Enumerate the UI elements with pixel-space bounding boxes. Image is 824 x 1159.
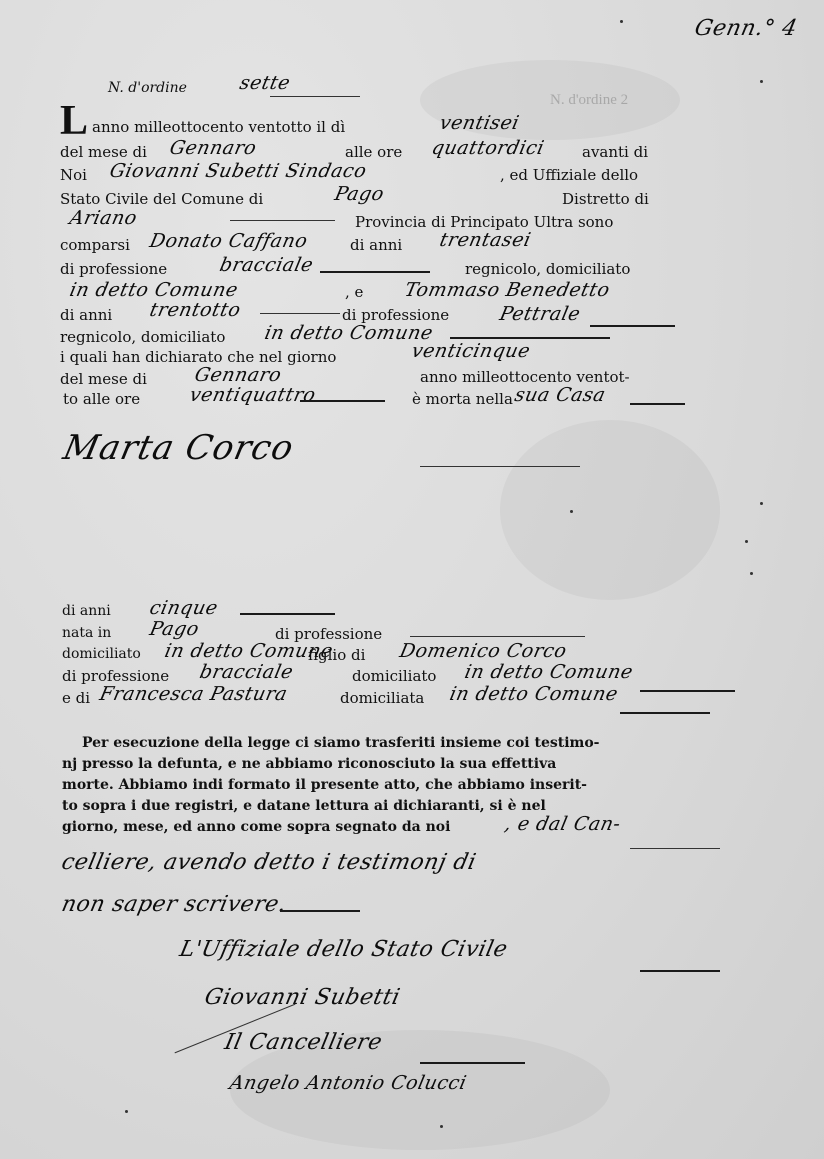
printed-text: comparsi bbox=[60, 236, 130, 254]
handwritten-domicile-1: in detto Comune bbox=[68, 279, 240, 301]
deceased-name: Marta Corco bbox=[60, 428, 298, 468]
fill-line bbox=[420, 466, 580, 467]
born-value: Pago bbox=[148, 618, 202, 640]
speck bbox=[750, 572, 753, 575]
fill-line bbox=[630, 403, 685, 405]
domicile-label: domiciliato bbox=[62, 646, 141, 662]
printed-text: alle ore bbox=[345, 143, 402, 161]
order-underline bbox=[270, 96, 360, 97]
handwritten-declarant-1: Donato Caffano bbox=[148, 230, 310, 252]
age-label: di anni bbox=[62, 603, 111, 619]
handwritten-death-place: sua Casa bbox=[513, 384, 608, 406]
printed-text: Distretto di bbox=[562, 190, 649, 208]
printed-text: è morta nella bbox=[412, 390, 513, 408]
document-page: Genn.° 4 N. d'ordine sette N. d'ordine 2… bbox=[0, 0, 824, 1159]
printed-text: Noi bbox=[60, 166, 87, 184]
fill-line bbox=[590, 325, 675, 327]
mother-name: Francesca Pastura bbox=[98, 683, 290, 705]
speck bbox=[620, 20, 623, 23]
fill-line bbox=[630, 848, 720, 849]
closing-line: nj presso la defunta, e ne abbiamo ricon… bbox=[62, 756, 556, 772]
fill-line bbox=[410, 636, 585, 637]
order-value: sette bbox=[238, 72, 293, 94]
father-name: Domenico Corco bbox=[398, 640, 569, 662]
handwritten-age-2: trentotto bbox=[148, 299, 243, 321]
printed-text: di anni bbox=[350, 236, 402, 254]
printed-text: to alle ore bbox=[63, 390, 140, 408]
printed-text: di professione bbox=[60, 260, 167, 278]
fill-line bbox=[230, 220, 335, 221]
stain bbox=[500, 420, 720, 600]
handwritten-day: ventisei bbox=[438, 112, 522, 134]
handwritten-profession-2: Pettrale bbox=[498, 303, 583, 325]
speck bbox=[760, 80, 763, 83]
fill-line bbox=[420, 1062, 525, 1064]
fill-line bbox=[640, 690, 735, 692]
fill-line bbox=[240, 613, 335, 615]
closing-line: morte. Abbiamo indi formato il presente … bbox=[62, 777, 587, 793]
signature-chancellor-name: Angelo Antonio Colucci bbox=[228, 1072, 469, 1094]
printed-text: regnicolo, domiciliato bbox=[60, 328, 225, 346]
signature-chancellor-title: Il Cancelliere bbox=[222, 1030, 384, 1055]
printed-text: del mese di bbox=[60, 143, 147, 161]
closing-line: giorno, mese, ed anno come sopra segnato… bbox=[62, 819, 450, 835]
fill-line bbox=[320, 271, 430, 273]
bleed-through-text: N. d'ordine 2 bbox=[550, 92, 628, 109]
handwritten-death-month: Gennaro bbox=[193, 364, 284, 386]
handwritten-district: Ariano bbox=[68, 207, 140, 229]
corner-date-note: Genn.° 4 bbox=[692, 16, 799, 41]
printed-text: , ed Uffiziale dello bbox=[500, 166, 638, 184]
handwritten-declarant-2: Tommaso Benedetto bbox=[403, 279, 612, 301]
age-value: cinque bbox=[148, 597, 220, 619]
printed-text: del mese di bbox=[60, 370, 147, 388]
speck bbox=[570, 510, 573, 513]
printed-text: anno milleottocento ventotto il dì bbox=[92, 118, 345, 136]
closing-hand-1: , e dal Can- bbox=[503, 813, 623, 835]
handwritten-death-hour: ventiquattro bbox=[188, 384, 318, 406]
handwritten-hour: quattordici bbox=[430, 137, 547, 159]
printed-text: regnicolo, domiciliato bbox=[465, 260, 630, 278]
fill-line bbox=[280, 910, 360, 912]
signature-officer-name: Giovanni Subetti bbox=[202, 985, 402, 1010]
father-profession: bracciale bbox=[198, 661, 296, 683]
printed-text: Stato Civile del Comune di bbox=[60, 190, 263, 208]
mother-domicile: in detto Comune bbox=[448, 683, 620, 705]
closing-hand-3: non saper scrivere. bbox=[59, 892, 289, 917]
signature-officer-title: L'Uffiziale dello Stato Civile bbox=[177, 937, 510, 962]
speck bbox=[125, 1110, 128, 1113]
speck bbox=[745, 540, 748, 543]
mother-prefix: e di bbox=[62, 689, 90, 707]
handwritten-age-1: trentasei bbox=[438, 229, 533, 251]
fill-line bbox=[260, 313, 340, 314]
handwritten-comune: Pago bbox=[333, 183, 387, 205]
printed-text: avanti di bbox=[582, 143, 648, 161]
closing-line: Per esecuzione della legge ci siamo tras… bbox=[82, 735, 600, 751]
child-of-label: figlio di bbox=[308, 646, 365, 664]
closing-line: to sopra i due registri, e datane lettur… bbox=[62, 798, 546, 814]
fill-line bbox=[640, 970, 720, 972]
order-label: N. d'ordine bbox=[108, 80, 187, 96]
drop-cap-L: L bbox=[60, 100, 88, 142]
father-domicile-label: domiciliato bbox=[352, 667, 436, 685]
fill-line bbox=[620, 712, 710, 714]
printed-text: , e bbox=[345, 283, 363, 301]
speck bbox=[760, 502, 763, 505]
handwritten-domicile-2: in detto Comune bbox=[263, 322, 435, 344]
handwritten-death-day: venticinque bbox=[410, 340, 533, 362]
fill-line bbox=[300, 400, 385, 402]
mother-domicile-label: domiciliata bbox=[340, 689, 424, 707]
closing-hand-2: celliere, avendo detto i testimonj di bbox=[59, 850, 478, 875]
fill-line bbox=[450, 337, 610, 339]
handwritten-month: Gennaro bbox=[168, 137, 259, 159]
handwritten-profession-1: bracciale bbox=[218, 254, 316, 276]
born-label: nata in bbox=[62, 625, 111, 641]
handwritten-mayor: Giovanni Subetti Sindaco bbox=[108, 160, 369, 182]
father-domicile: in detto Comune bbox=[463, 661, 635, 683]
speck bbox=[440, 1125, 443, 1128]
printed-text: di anni bbox=[60, 306, 112, 324]
